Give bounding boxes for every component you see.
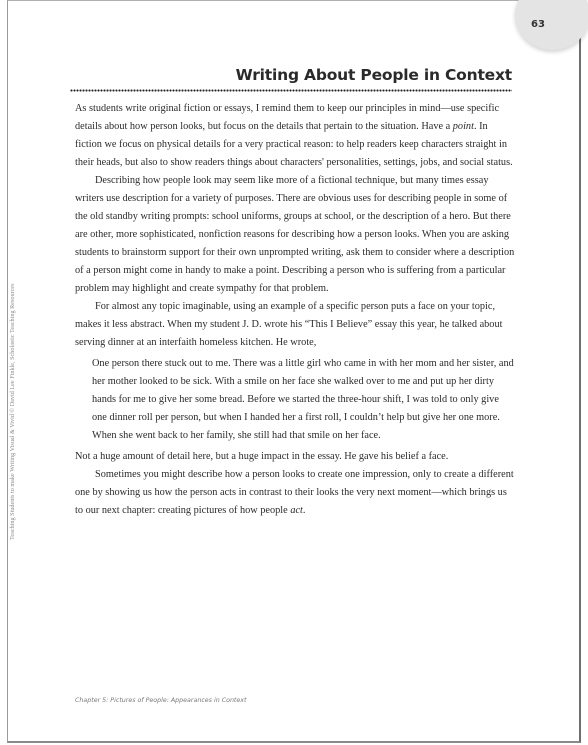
paragraph-2: Describing how people look may seem like… xyxy=(75,172,515,298)
block-quote: One person there stuck out to me. There … xyxy=(92,355,515,445)
side-credit: Teaching Students to make Writing Visual… xyxy=(9,180,16,540)
page-number: 63 xyxy=(531,19,545,30)
paragraph-5: Sometimes you might describe how a perso… xyxy=(75,466,515,520)
emphasis-point: point xyxy=(453,121,474,132)
emphasis-act: act xyxy=(290,505,303,516)
paragraph-4: Not a huge amount of detail here, but a … xyxy=(75,448,515,466)
section-title: Writing About People in Context xyxy=(236,66,512,84)
body-text: As students write original fiction or es… xyxy=(75,100,515,520)
dotted-divider xyxy=(70,89,512,92)
paragraph-3: For almost any topic imaginable, using a… xyxy=(75,298,515,352)
chapter-footer: Chapter 5: Pictures of People: Appearanc… xyxy=(75,697,246,704)
paragraph-1: As students write original fiction or es… xyxy=(75,100,515,172)
